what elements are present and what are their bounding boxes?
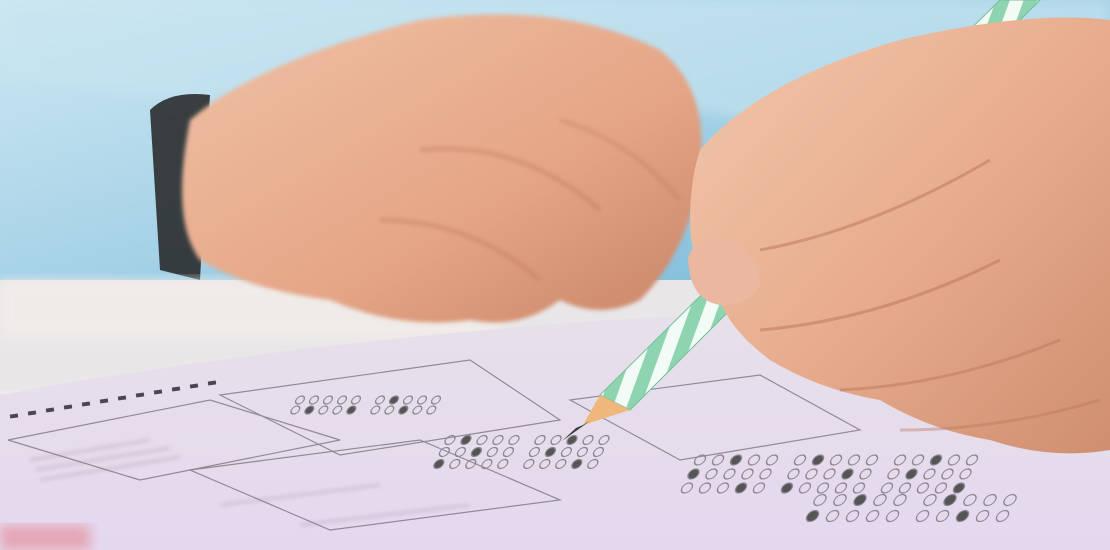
illustration — [0, 0, 1110, 550]
photo-scene: Close-up photo of a student's hands fill… — [0, 0, 1110, 550]
